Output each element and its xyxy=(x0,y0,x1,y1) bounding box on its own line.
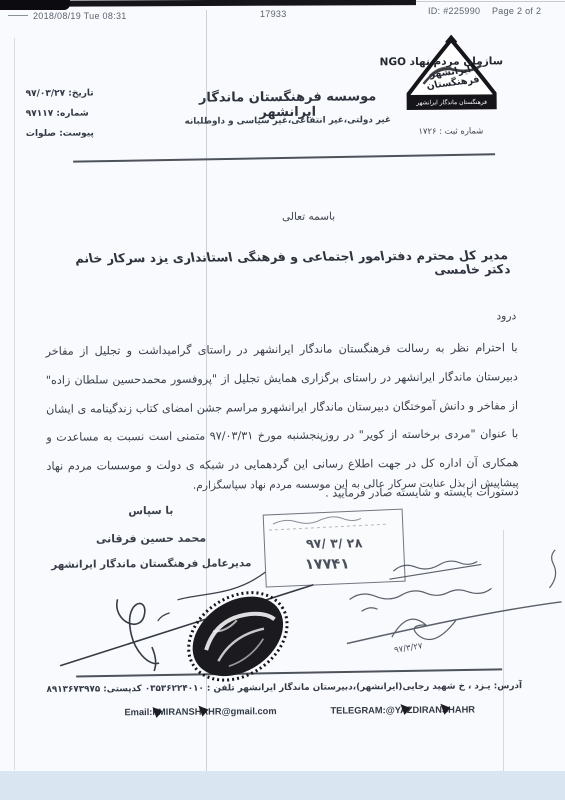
signer-title: مدیرعامل فرهنگستان ماندگار ایرانشهر xyxy=(35,557,267,571)
footer-telegram: TELEGRAM:@YAZDIRANSHAHR xyxy=(330,704,510,715)
footer-address: آدرس: یـزد ، خ شهید رجایی(ایرانشهر)،دبیر… xyxy=(34,681,534,695)
signature-scribble-icon xyxy=(59,585,314,672)
ngo-type-line: سازمان مردم نهاد NGO xyxy=(363,55,519,68)
number-field: شماره: ۹۷۱۱۷ xyxy=(26,103,154,124)
stamp-connector-line xyxy=(177,572,265,600)
basmala: باسمه تعالی xyxy=(254,210,364,223)
letter-content: تاریخ: ۹۷/۰۳/۲۷ شماره: ۹۷۱۱۷ پیوست: صلوا… xyxy=(0,0,565,800)
registration-number: شماره ثبت : ۱۷۲۶ xyxy=(401,125,501,136)
attachment-field: پیوست: صلوات xyxy=(26,123,154,144)
footer-email: Email:FMIRANSHAHR@gmail.com xyxy=(124,706,324,718)
official-oval-stamp-icon xyxy=(172,575,303,699)
stamp-tick-mark xyxy=(158,613,170,621)
letterhead-divider xyxy=(73,153,495,163)
signoff: با سپاس xyxy=(99,505,203,518)
institute-subtitle: غیر دولتی،غیر انتفاعی،غیر سیاسی و داوطلب… xyxy=(176,115,400,127)
registry-stamp-date: ۹۷/ ۳/ ۲۸ xyxy=(278,535,390,551)
addressee-line: مدیر کل محترم دفترامور اجتماعی و فرهنگی … xyxy=(48,248,511,280)
date-field: تاریخ: ۹۷/۰۳/۲۷ xyxy=(26,83,154,104)
registry-stamp-number: ۱۷۷۴۱ xyxy=(276,556,378,573)
signer-name: محمد حسین فرقانی xyxy=(74,531,228,545)
logo-caption: فرهنگستان ماندگار ایرانشهر xyxy=(415,98,487,107)
footer-divider xyxy=(76,668,502,677)
handwritten-note-date: ۹۷/۳/۲۷ xyxy=(394,636,455,656)
scanned-letter-page: 2018/08/19 Tue 08:31 17933 ID: #225990 P… xyxy=(0,0,565,800)
letterhead-fields: تاریخ: ۹۷/۰۳/۲۷ شماره: ۹۷۱۱۷ پیوست: صلوا… xyxy=(26,83,154,144)
salutation: درود xyxy=(454,309,516,322)
